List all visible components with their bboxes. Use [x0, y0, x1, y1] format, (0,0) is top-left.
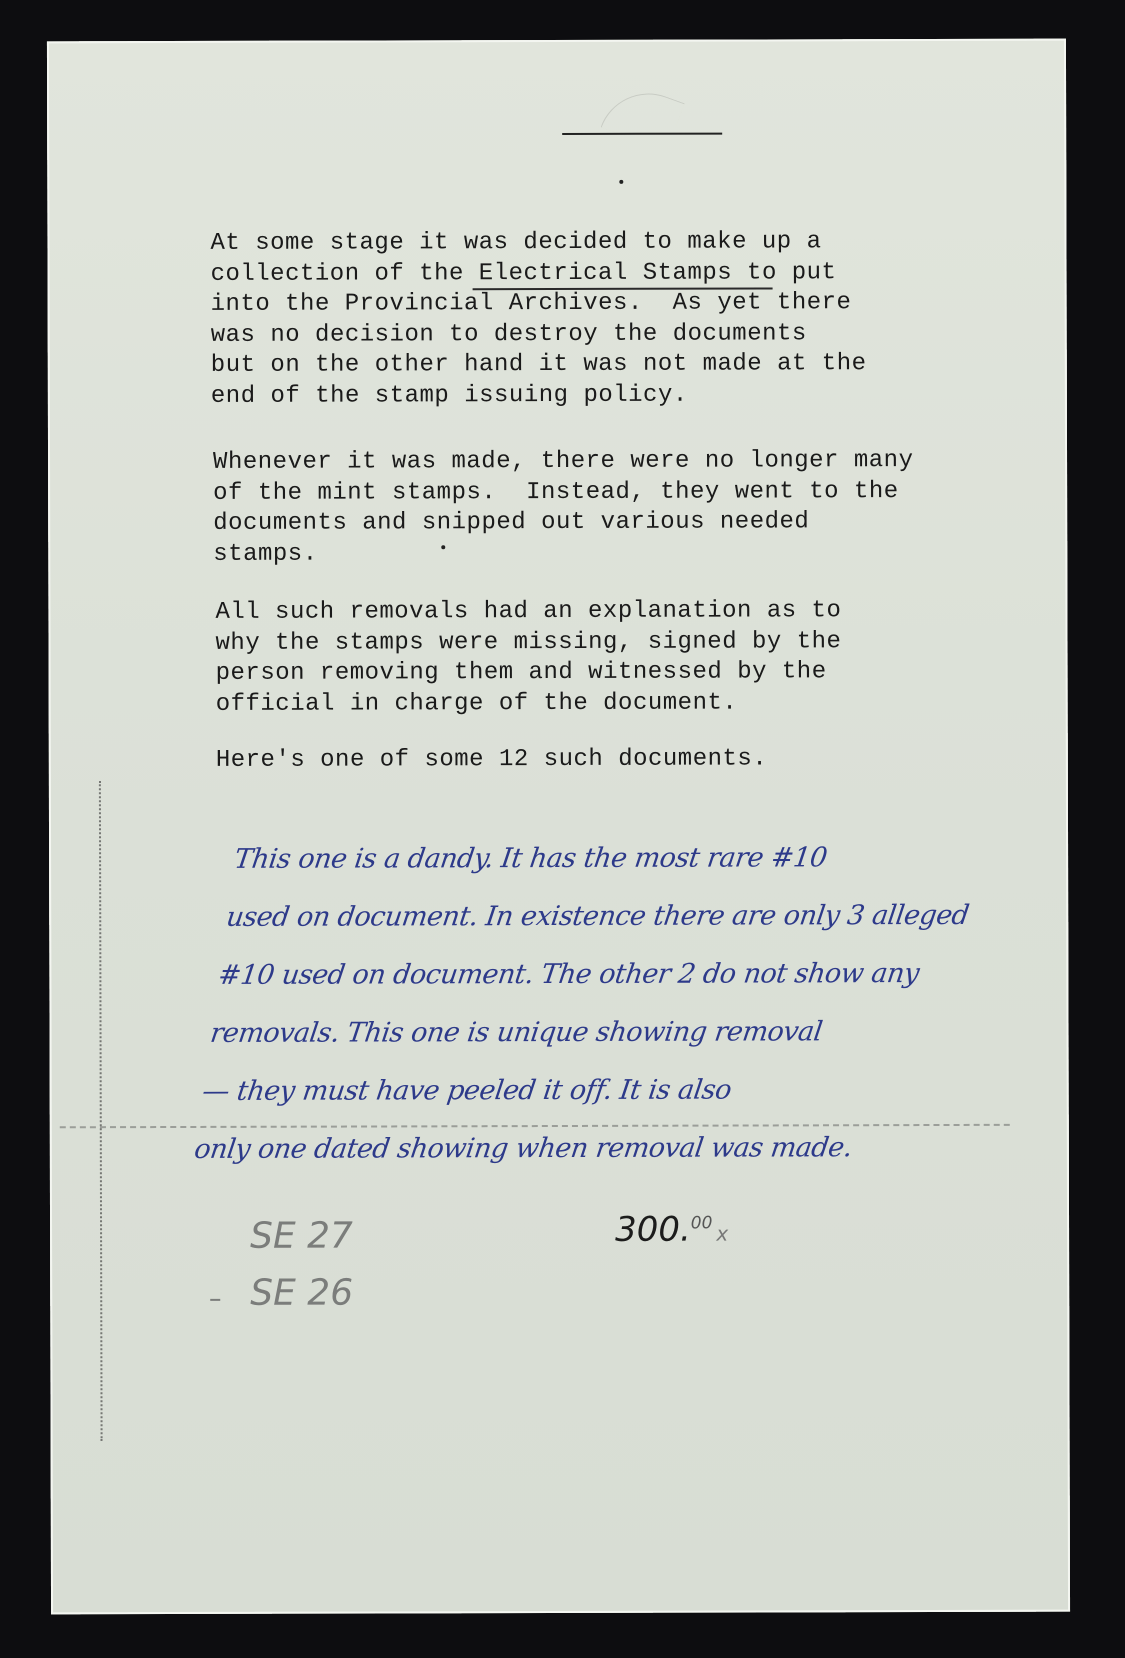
ink-dot	[441, 545, 445, 549]
typed-paragraph-4: Here's one of some 12 such documents.	[216, 744, 767, 776]
price-mark: x	[716, 1222, 728, 1246]
pencil-mark	[601, 79, 685, 151]
ink-dot	[619, 180, 623, 184]
price-note: 300.00x	[615, 1210, 728, 1250]
top-rule-line	[562, 133, 722, 135]
price-amount: 300.	[615, 1210, 691, 1250]
left-margin-marks	[99, 781, 105, 1441]
pencil-dash	[210, 1299, 220, 1301]
pencil-note-se27: SE 27	[250, 1216, 353, 1257]
typed-paragraph-3: All such removals had an explanation as …	[215, 596, 841, 720]
price-cents: 00	[691, 1213, 713, 1233]
pencil-note-se26: SE 26	[250, 1273, 353, 1314]
typed-paragraph-2: Whenever it was made, there were no long…	[213, 446, 914, 570]
document-page: At some stage it was decided to make up …	[47, 39, 1070, 1615]
typed-paragraph-1: At some stage it was decided to make up …	[210, 227, 866, 412]
